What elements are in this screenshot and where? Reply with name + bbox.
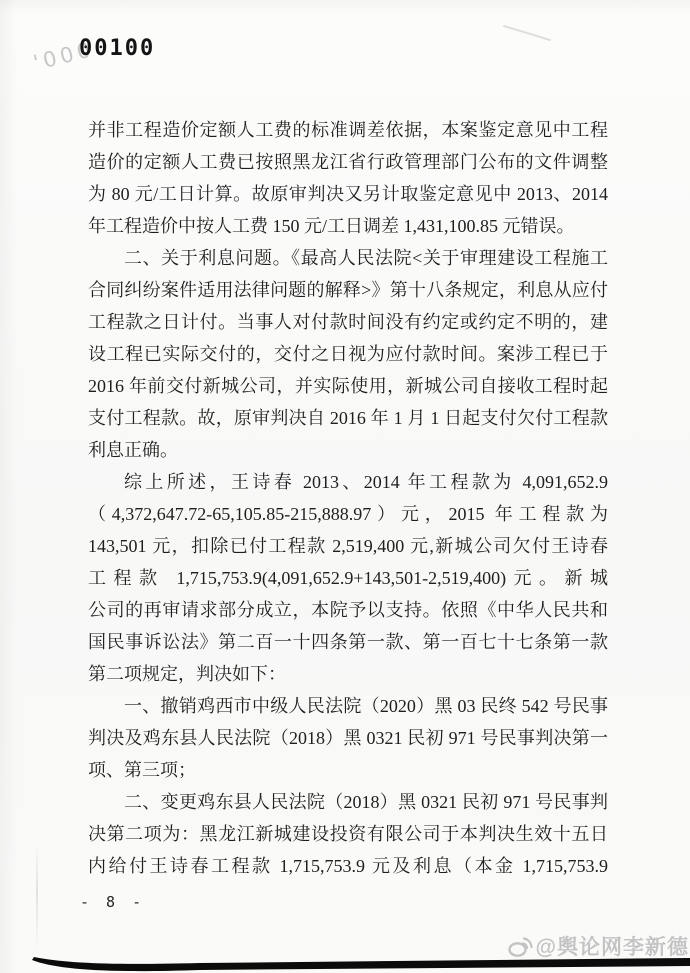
text-line: 支付工程款。故，原审判决自 2016 年 1 月 1 日起支付欠付工程款	[88, 402, 608, 434]
text-line: 工程款 1,715,753.9(4,091,652.9+143,501-2,51…	[88, 562, 608, 594]
text-line: 第二项规定，判决如下：	[88, 658, 608, 690]
judgment-text-block: 并非工程造价定额人工费的标准调差依据，本案鉴定意见中工程造价的定额人工费已按照黑…	[88, 114, 608, 882]
text-line: 工程款之日计付。当事人对付款时间没有约定或约定不明的，建	[88, 306, 608, 338]
text-line: 并非工程造价定额人工费的标准调差依据，本案鉴定意见中工程	[88, 114, 608, 146]
text-line: 判决及鸡东县人民法院（2018）黑 0321 民初 971 号民事判决第一	[88, 722, 608, 754]
text-line: 项、第三项；	[88, 754, 608, 786]
page-stamp-number: 00100	[79, 36, 155, 61]
text-line: 国民事诉讼法》第二百一十四条第一款、第一百七十七条第一款	[88, 626, 608, 658]
text-line: 利息正确。	[88, 434, 608, 466]
text-line: 公司的再审请求部分成立，本院予以支持。依照《中华人民共和	[88, 594, 608, 626]
text-line: 二、变更鸡东县人民法院（2018）黑 0321 民初 971 号民事判	[88, 786, 608, 818]
weibo-icon	[507, 933, 533, 959]
text-line: （4,372,647.72-65,105.85-215,888.97）元，201…	[88, 498, 608, 530]
text-line: 设工程已实际交付的，交付之日视为应付款时间。案涉工程已于	[88, 338, 608, 370]
text-line: 决第二项为：黑龙江新城建设投资有限公司于本判决生效十五日	[88, 818, 608, 850]
watermark-handle: @舆论网李新德	[536, 931, 689, 961]
text-line: 综上所述，王诗春 2013、2014 年工程款为 4,091,652.9	[88, 466, 608, 498]
scanned-judgment-page: '000 00100 并非工程造价定额人工费的标准调差依据，本案鉴定意见中工程造…	[0, 0, 690, 973]
scan-shadow-streak	[36, 842, 38, 952]
text-line: 内给付王诗春工程款 1,715,753.9 元及利息（本金 1,715,753.…	[88, 850, 608, 882]
text-line: 一、撤销鸡西市中级人民法院（2020）黑 03 民终 542 号民事	[88, 690, 608, 722]
text-line: 造价的定额人工费已按照黑龙江省行政管理部门公布的文件调整	[88, 146, 608, 178]
text-line: 年工程造价中按人工费 150 元/工日调差 1,431,100.85 元错误。	[88, 210, 608, 242]
text-line: 为 80 元/工日计算。故原审判决又另计取鉴定意见中 2013、2014	[88, 178, 608, 210]
text-line: 合同纠纷案件适用法律问题的解释>》第十八条规定，利息从应付	[88, 274, 608, 306]
page-number: - 8 -	[80, 893, 145, 911]
scan-scratch-artifact	[503, 25, 551, 42]
text-line: 二、关于利息问题。《最高人民法院<关于审理建设工程施工	[88, 242, 608, 274]
text-line: 2016 年前交付新城公司，并实际使用，新城公司自接收工程时起	[88, 370, 608, 402]
text-line: 143,501 元，扣除已付工程款 2,519,400 元,新城公司欠付王诗春	[88, 530, 608, 562]
watermark: @舆论网李新德	[507, 931, 689, 961]
